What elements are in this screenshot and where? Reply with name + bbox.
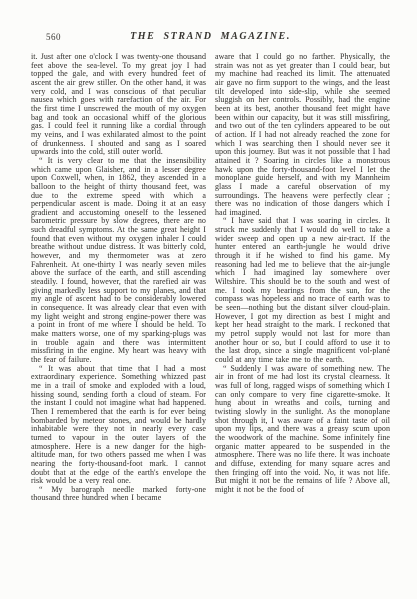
paragraph-continuation: aware that I could go no farther. Physic…: [215, 53, 390, 217]
paragraph: “ My barograph needle marked forty-one t…: [31, 486, 206, 503]
paragraph: “ It was about that time that I had a mo…: [31, 365, 206, 486]
paragraph: “ It is very clear to me that the insens…: [31, 157, 206, 365]
page-header: 560 THE STRAND MAGAZINE.: [31, 31, 390, 44]
magazine-scan-page: 560 THE STRAND MAGAZINE. it. Just after …: [0, 0, 417, 599]
article-body: it. Just after one o'clock I was twenty-…: [31, 53, 390, 503]
left-column: it. Just after one o'clock I was twenty-…: [31, 53, 206, 503]
magazine-title: THE STRAND MAGAZINE.: [31, 31, 390, 42]
paragraph: “ I have said that I was soaring in circ…: [215, 217, 390, 364]
page-number: 560: [46, 32, 61, 42]
paragraph-continuation: it. Just after one o'clock I was twenty-…: [31, 53, 206, 157]
right-column: aware that I could go no farther. Physic…: [215, 53, 390, 503]
paragraph: “ Suddenly I was aware of something new.…: [215, 365, 390, 495]
